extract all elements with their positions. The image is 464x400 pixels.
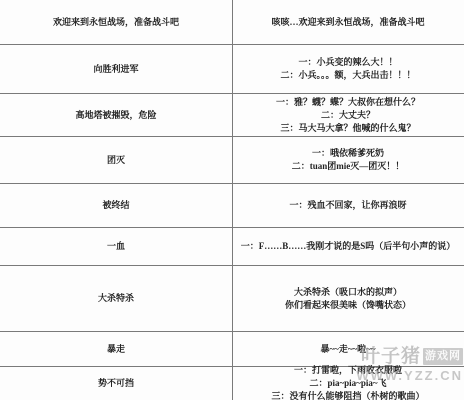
term-cell: 欢迎来到永恒战场，准备战斗吧 [0,0,232,44]
translation-cell: 一：小兵变的辣么大！！二：小兵。。。额，大兵出击！！！ [232,45,464,93]
translation-line: 大杀特杀（吸口水的拟声） [294,286,402,299]
translation-line: 一：F……B……我刚才说的是S吗（后半句小声的说） [241,240,456,253]
translation-cell: 大杀特杀（吸口水的拟声）你们看起来很美味（馋嘴状态） [232,266,464,331]
translation-cell: 一：雅？蠛？蝶？大叔你在想什么？二：大丈夫？三：马大马大拿？他喊的什么鬼？ [232,94,464,136]
translation-line: 三：马大马大拿？他喊的什么鬼？ [280,122,415,135]
term-cell: 向胜利进军 [0,45,232,93]
term-cell: 一血 [0,228,232,265]
translation-cell: 一：残血不回家，让你再浪呀 [232,184,464,227]
translation-line: 二：tuan团mie灭—团灭！！ [292,160,405,173]
term-cell: 势不可挡 [0,367,232,400]
voice-line-table: 欢迎来到永恒战场，准备战斗吧咳咳…欢迎来到永恒战场，准备战斗吧向胜利进军一：小兵… [0,0,464,400]
translation-line: 二：pia~pia~pia~飞 [309,377,386,390]
translation-cell: 一：打雷啦，下雨收衣服啦二：pia~pia~pia~飞三：没有什么能够阻挡（朴树… [232,367,464,400]
translation-cell: 咳咳…欢迎来到永恒战场，准备战斗吧 [232,0,464,44]
translation-line: 咳咳…欢迎来到永恒战场，准备战斗吧 [271,16,424,29]
translation-line: 你们看起来很美味（馋嘴状态） [285,299,411,312]
translation-line: 二：小兵。。。额，大兵出击！！！ [280,69,415,82]
term-cell: 团灭 [0,137,232,183]
translation-cell: 暴~~走~~啦~~ [232,332,464,366]
term-cell: 暴走 [0,332,232,366]
translation-line: 三：没有什么能够阻挡（朴树的歌曲） [271,390,424,400]
translation-line: 二：大丈夫？ [321,109,375,122]
translation-line: 一：打雷啦，下雨收衣服啦 [294,364,402,377]
term-cell: 大杀特杀 [0,266,232,331]
voice-line-comparison-page: 欢迎来到永恒战场，准备战斗吧咳咳…欢迎来到永恒战场，准备战斗吧向胜利进军一：小兵… [0,0,464,400]
translation-line: 一：小兵变的辣么大！！ [298,56,397,69]
translation-line: 一：哦依稀爹死奶 [312,147,384,160]
translation-line: 一：残血不回家，让你再浪呀 [289,199,406,212]
translation-cell: 一：哦依稀爹死奶二：tuan团mie灭—团灭！！ [232,137,464,183]
term-cell: 被终结 [0,184,232,227]
column-divider [232,0,233,400]
term-cell: 高地塔被摧毁，危险 [0,94,232,136]
translation-line: 一：雅？蠛？蝶？大叔你在想什么？ [276,96,420,109]
translation-line: 暴~~走~~啦~~ [320,343,375,356]
translation-cell: 一：F……B……我刚才说的是S吗（后半句小声的说） [232,228,464,265]
